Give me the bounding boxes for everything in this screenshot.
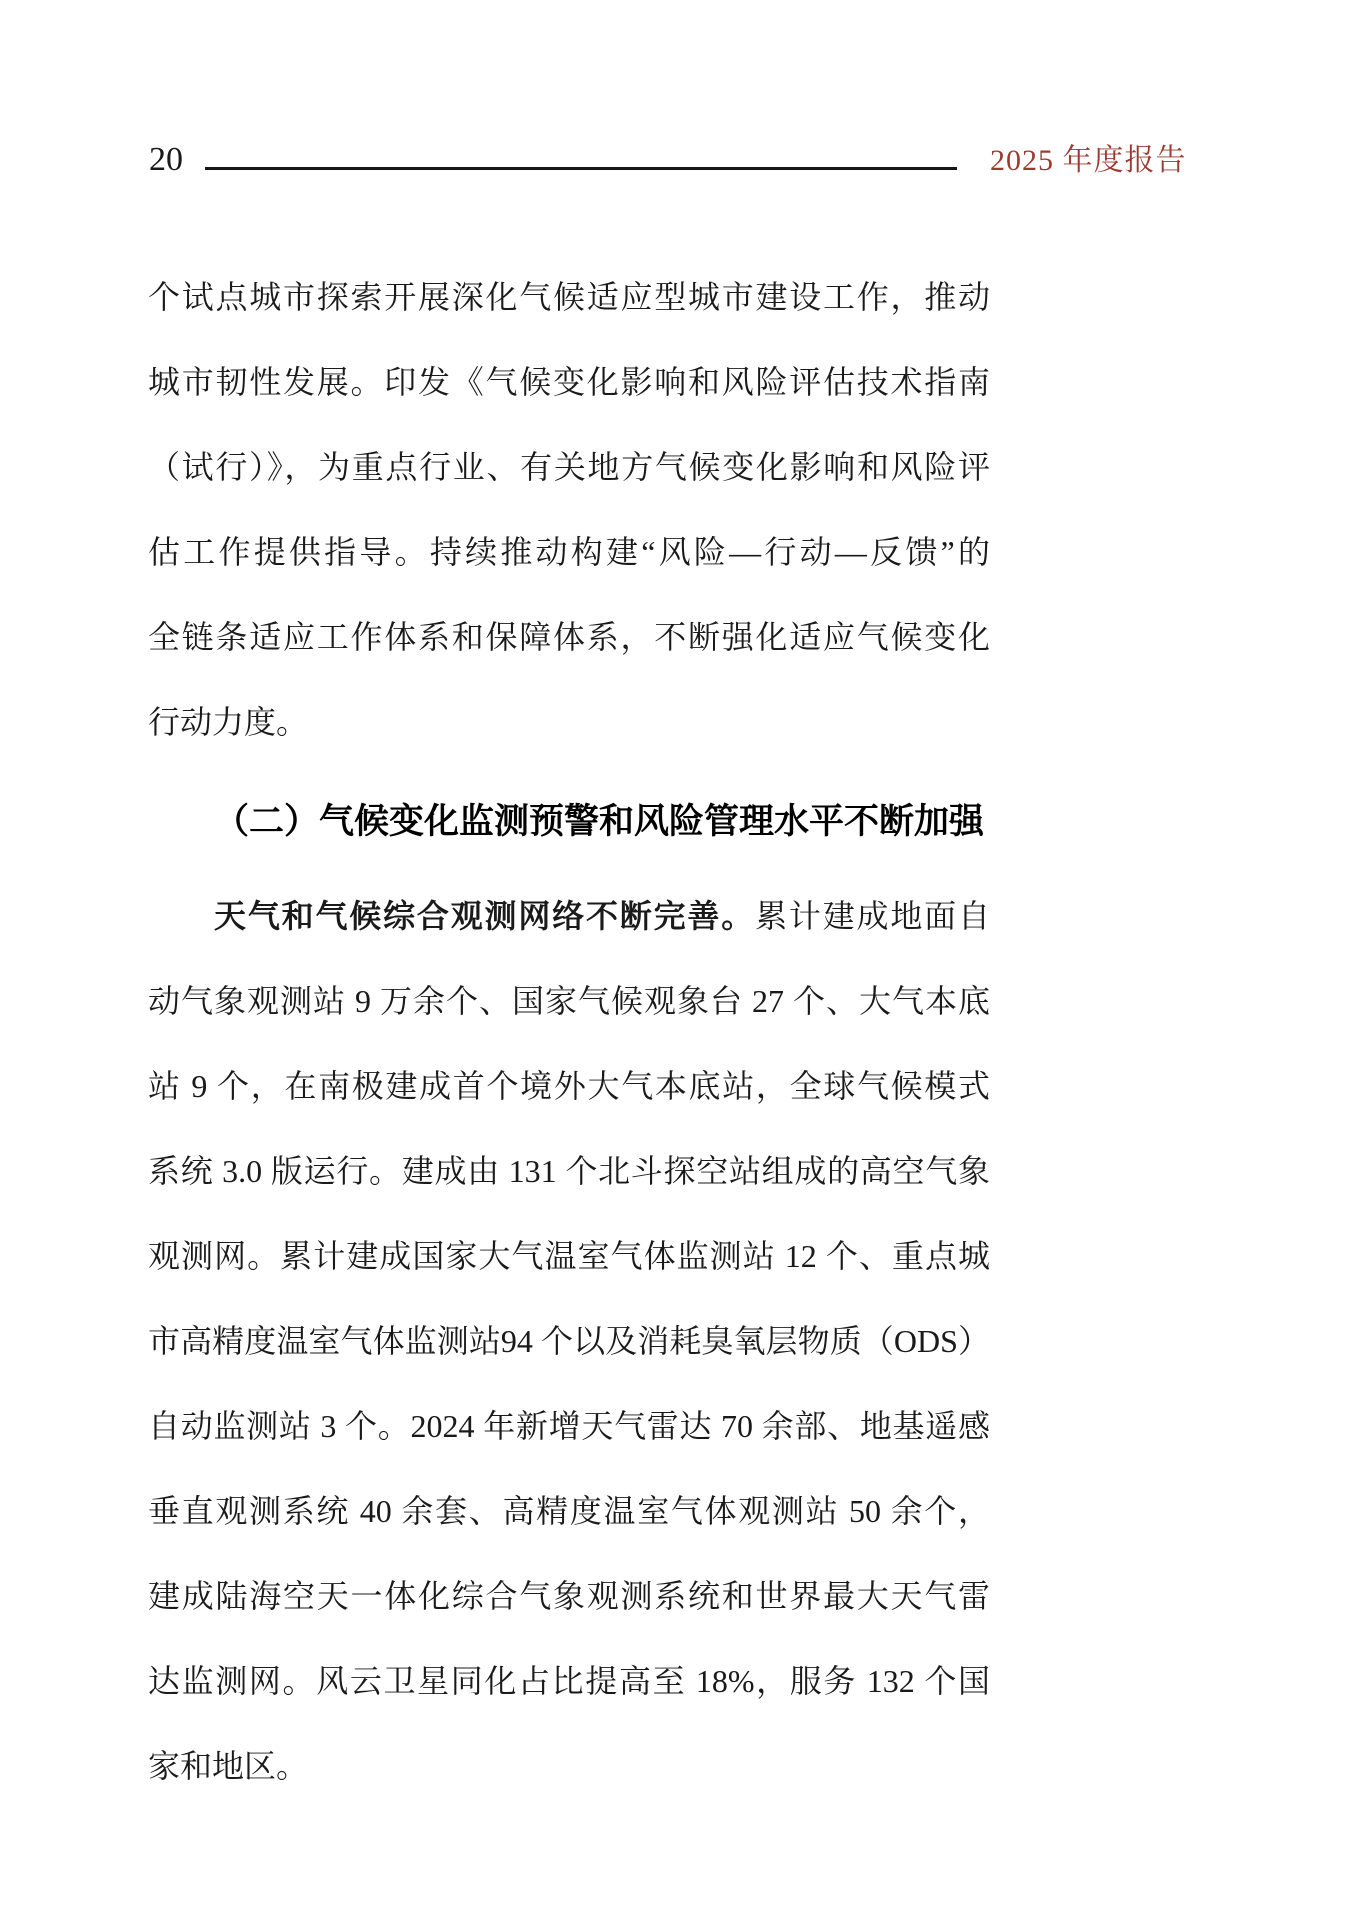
text-line: 观测网。累计建成国家大气温室气体监测站 12 个、重点城	[148, 1214, 990, 1299]
text-line: 动气象观测站 9 万余个、国家气候观象台 27 个、大气本底	[148, 959, 990, 1044]
report-title: 2025 年度报告	[990, 143, 1187, 179]
text-line: 个试点城市探索开展深化气候适应型城市建设工作，推动	[148, 255, 990, 340]
text-line: 建成陆海空天一体化综合气象观测系统和世界最大天气雷	[148, 1554, 990, 1639]
text-line: （试行）》，为重点行业、有关地方气候变化影响和风险评	[148, 425, 990, 510]
text-line: 家和地区。	[148, 1724, 990, 1809]
text-line: 行动力度。	[148, 680, 990, 765]
document-page: 20 2025 年度报告 个试点城市探索开展深化气候适应型城市建设工作，推动 城…	[0, 0, 1359, 1920]
paragraph-2: 天气和气候综合观测网络不断完善。累计建成地面自 动气象观测站 9 万余个、国家气…	[148, 874, 990, 1809]
text-line: 市高精度温室气体监测站94 个以及消耗臭氧层物质（ODS）	[148, 1299, 990, 1384]
paragraph-lead-bold: 天气和气候综合观测网络不断完善。	[214, 898, 755, 934]
body-text: 个试点城市探索开展深化气候适应型城市建设工作，推动 城市韧性发展。印发《气候变化…	[148, 255, 990, 1809]
text-line: 站 9 个，在南极建成首个境外大气本底站，全球气候模式	[148, 1044, 990, 1129]
paragraph-1: 个试点城市探索开展深化气候适应型城市建设工作，推动 城市韧性发展。印发《气候变化…	[148, 255, 990, 765]
text-line: 估工作提供指导。持续推动构建“风险—行动—反馈”的	[148, 510, 990, 595]
text-line: 城市韧性发展。印发《气候变化影响和风险评估技术指南	[148, 340, 990, 425]
text-line: 天气和气候综合观测网络不断完善。累计建成地面自	[148, 874, 990, 959]
text-line: 自动监测站 3 个。2024 年新增天气雷达 70 余部、地基遥感	[148, 1384, 990, 1469]
section-heading: （二）气候变化监测预警和风险管理水平不断加强	[148, 779, 990, 864]
text-line: 系统 3.0 版运行。建成由 131 个北斗探空站组成的高空气象	[148, 1129, 990, 1214]
text-line: 达监测网。风云卫星同化占比提高至 18%，服务 132 个国	[148, 1639, 990, 1724]
page-number: 20	[149, 140, 183, 180]
text-line: 垂直观测系统 40 余套、高精度温室气体观测站 50 余个，	[148, 1469, 990, 1554]
text-line: 全链条适应工作体系和保障体系，不断强化适应气候变化	[148, 595, 990, 680]
paragraph-lead-rest: 累计建成地面自	[755, 898, 990, 934]
header-rule	[205, 167, 957, 170]
